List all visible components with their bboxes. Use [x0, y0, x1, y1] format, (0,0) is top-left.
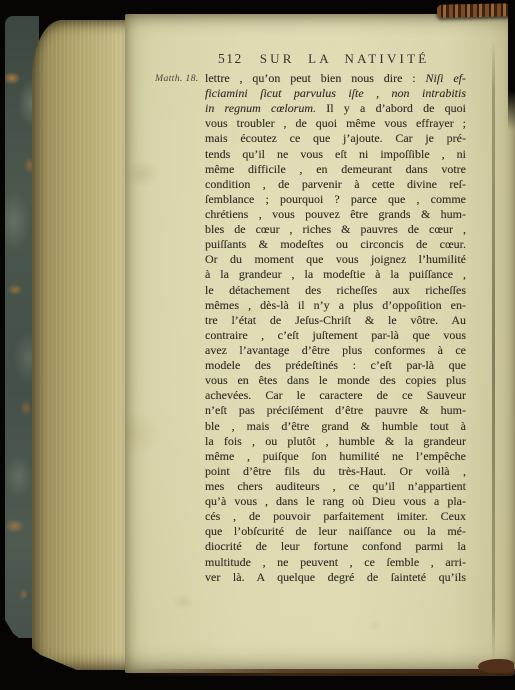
text-line: avez l’avantage d’être plus conformes à …	[205, 343, 466, 358]
text-line: qu’à vous , dans le rang où Dieu vous a …	[205, 494, 466, 509]
body-text-segment: diocrité de leur fortune confond parmi l…	[205, 539, 466, 553]
book-photo: 512 SUR LA NATIVITÉ Matth. 18. lettre , …	[0, 0, 515, 690]
body-text-segment: tends qu’il ne vous eſt ni impoſſible , …	[205, 147, 466, 161]
page-bottom-edge-shadow	[130, 669, 515, 676]
body-text-segment: mais écoutez ce que j’ajoute. Car je pré…	[205, 131, 466, 145]
body-text-segment: condition , de parvenir à cette divine r…	[205, 177, 466, 191]
body-text-segment: même , puiſque ſon humilité ne l’empêche	[205, 449, 466, 463]
text-line: point d’être fils du très-Haut. Or voilà…	[205, 464, 466, 479]
latin-italic-text: in regnum cœlorum.	[205, 101, 326, 115]
text-line: que l’obſcurité de leur naiſſance ou la …	[205, 524, 466, 539]
body-text-segment: que l’obſcurité de leur naiſſance ou la …	[205, 524, 466, 538]
text-line: même difficile , en demeurant dans votre	[205, 162, 466, 177]
margin-note: Matth. 18.	[155, 73, 199, 84]
text-line: ver là. A quelque degré de ſainteté qu’i…	[205, 570, 466, 585]
body-text-segment: vous troubler , de quoi même vous effray…	[205, 116, 466, 130]
body-text-segment: chrétiens , vous pouvez être grands & hu…	[205, 207, 466, 221]
body-text-segment: multitude , ne peuvent , ce ſemble , arr…	[205, 555, 466, 569]
body-text-segment: mêmes , dès-là il n’y a plus d’oppoſitio…	[205, 298, 466, 312]
body-text-segment: le détachement des richeſſes aux richeſſ…	[205, 283, 466, 297]
text-line: à la grandeur , la modeſtie à la puiſſan…	[205, 267, 466, 282]
book-page: 512 SUR LA NATIVITÉ Matth. 18. lettre , …	[125, 14, 515, 673]
body-text: lettre , qu’on peut bien nous dire : Niſ…	[205, 71, 466, 585]
text-line: mes chers auditeurs , ce qu’il n’apparti…	[205, 479, 466, 494]
text-line: vous en êtes dans le monde des copies pl…	[205, 373, 466, 388]
running-title: SUR LA NATIVITÉ	[260, 51, 430, 67]
body-text-segment: Or du moment que vous joignez l’humilité	[205, 252, 466, 266]
gutter-crease	[492, 40, 495, 661]
text-line: même , puiſque ſon humilité ne l’empêche	[205, 449, 466, 464]
body-text-segment: n’eſt pas préciſément d’être pauvre & hu…	[205, 403, 466, 417]
body-text-segment: lettre , qu’on peut bien nous dire :	[205, 71, 425, 85]
latin-italic-text: Niſi ef-	[425, 71, 466, 85]
text-line: Or du moment que vous joignez l’humilité	[205, 252, 466, 267]
text-line: lettre , qu’on peut bien nous dire : Niſ…	[205, 71, 466, 86]
body-text-segment: mes chers auditeurs , ce qu’il n’apparti…	[205, 479, 466, 493]
text-line: mêmes , dès-là il n’y a plus d’oppoſitio…	[205, 298, 466, 313]
body-text-segment: tre l’état de Jeſus-Chriſt & le vôtre. A…	[205, 313, 466, 327]
body-text-segment: à la grandeur , la modeſtie à la puiſſan…	[205, 267, 466, 281]
body-text-segment: ſemblance ; pourquoi ? parce que , comme	[205, 192, 466, 206]
text-line: n’eſt pas préciſément d’être pauvre & hu…	[205, 403, 466, 418]
binding-corner-bottom-right	[478, 659, 514, 673]
page-number: 512	[218, 51, 243, 67]
body-text-segment: bles de cœur , riches & pauvres de cœur …	[205, 222, 466, 236]
body-text-segment: qu’à vous , dans le rang où Dieu vous a …	[205, 494, 466, 508]
body-text-segment: modele des prédeſtinés : c’eſt par-là qu…	[205, 358, 466, 372]
background-sliver-top-right	[508, 0, 515, 130]
text-line: le détachement des richeſſes aux richeſſ…	[205, 283, 466, 298]
text-line: bles de cœur , riches & pauvres de cœur …	[205, 222, 466, 237]
body-text-segment: avez l’avantage d’être plus conformes à …	[205, 343, 466, 357]
body-text-segment: cés , de pouvoir parfaitement imiter. Ce…	[205, 509, 466, 523]
body-text-segment: point d’être fils du très-Haut. Or voilà…	[205, 464, 466, 478]
text-line: mais écoutez ce que j’ajoute. Car je pré…	[205, 131, 466, 146]
text-line: puiſſants & modeſtes ou circoncis de cœu…	[205, 237, 466, 252]
body-text-segment: ver là. A quelque degré de ſainteté qu’i…	[205, 570, 466, 584]
body-text-segment: achevées. Car le caractere de ce Sauveur	[205, 388, 466, 402]
page-header: 512 SUR LA NATIVITÉ	[218, 51, 429, 67]
text-line: in regnum cœlorum. Il y a d’abord de quo…	[205, 101, 466, 116]
text-line: multitude , ne peuvent , ce ſemble , arr…	[205, 555, 466, 570]
text-line: la fois , ou plutôt , humble & la grande…	[205, 434, 466, 449]
body-text-segment: Il y a d’abord de quoi	[326, 101, 466, 115]
body-text-segment: puiſſants & modeſtes ou circoncis de cœu…	[205, 237, 466, 251]
text-line: contraire , c’eſt juſtement par-là que v…	[205, 328, 466, 343]
body-text-segment: même difficile , en demeurant dans votre	[205, 162, 466, 176]
text-line: ble , mais d’être grand & humble tout à	[205, 419, 466, 434]
page-edges-stack	[32, 20, 128, 670]
text-line: vous troubler , de quoi même vous effray…	[205, 116, 466, 131]
spine-headband	[437, 3, 511, 18]
body-text-segment: la fois , ou plutôt , humble & la grande…	[205, 434, 466, 448]
body-text-segment: contraire , c’eſt juſtement par-là que v…	[205, 328, 466, 342]
text-line: tre l’état de Jeſus-Chriſt & le vôtre. A…	[205, 313, 466, 328]
text-line: modele des prédeſtinés : c’eſt par-là qu…	[205, 358, 466, 373]
text-line: diocrité de leur fortune confond parmi l…	[205, 539, 466, 554]
latin-italic-text: ficiamini ſicut parvulus iſte , non intr…	[205, 86, 466, 100]
text-line: chrétiens , vous pouvez être grands & hu…	[205, 207, 466, 222]
text-line: cés , de pouvoir parfaitement imiter. Ce…	[205, 509, 466, 524]
text-line: condition , de parvenir à cette divine r…	[205, 177, 466, 192]
body-text-segment: ble , mais d’être grand & humble tout à	[205, 419, 466, 433]
text-line: achevées. Car le caractere de ce Sauveur	[205, 388, 466, 403]
text-line: tends qu’il ne vous eſt ni impoſſible , …	[205, 147, 466, 162]
text-line: ficiamini ſicut parvulus iſte , non intr…	[205, 86, 466, 101]
text-line: ſemblance ; pourquoi ? parce que , comme	[205, 192, 466, 207]
body-text-segment: vous en êtes dans le monde des copies pl…	[205, 373, 466, 387]
